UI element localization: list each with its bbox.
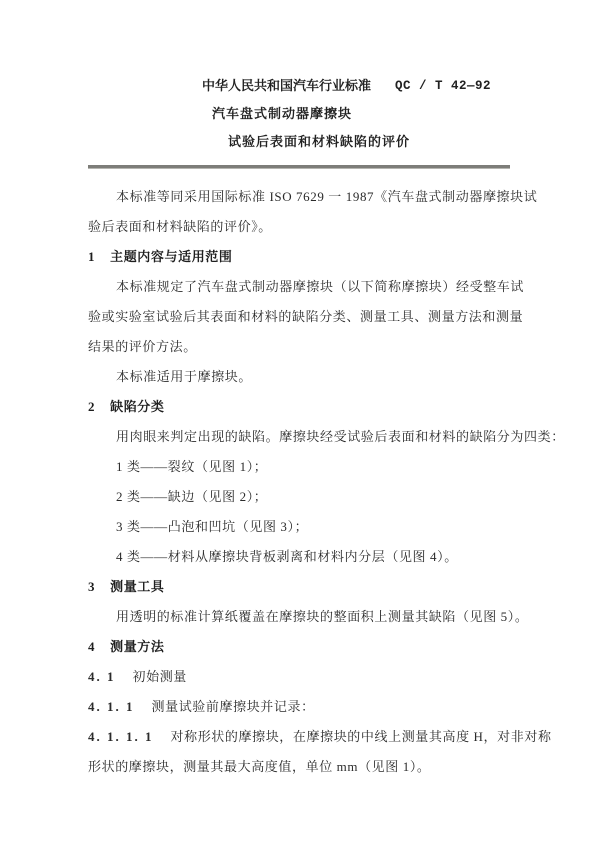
defect-class-item: 2 类——缺边（见图 2）；	[88, 482, 540, 512]
defect-class-item: 1 类——裂纹（见图 1）；	[88, 452, 540, 482]
paragraph-line: 用肉眼来判定出现的缺陷。摩擦块经受试验后表面和材料的缺陷分为四类：	[88, 422, 540, 452]
paragraph-line: 本标准适用于摩擦块。	[88, 362, 540, 392]
section-number: 2	[88, 399, 95, 414]
section-number: 3	[88, 579, 95, 594]
paragraph-line: 本标准规定了汽车盘式制动器摩擦块（以下简称摩擦块）经受整车试	[88, 272, 540, 302]
section-title: 测量方法	[110, 639, 164, 654]
document-header: 中华人民共和国汽车行业标准 QC / T 42—92 汽车盘式制动器摩擦块 试验…	[0, 0, 600, 169]
clause-line-4-1: 4. 1初始测量	[88, 662, 540, 692]
clause-number: 4. 1	[88, 669, 116, 684]
paragraph-line: 形状的摩擦块，测量其最大高度值，单位 mm（见图 1）。	[88, 752, 540, 782]
section-title: 缺陷分类	[110, 399, 164, 414]
standard-org-title: 中华人民共和国汽车行业标准	[202, 72, 371, 100]
standard-code: QC / T 42—92	[395, 72, 491, 100]
clause-line-4-1-1: 4. 1. 1测量试验前摩擦块并记录：	[88, 692, 540, 722]
section-number: 4	[88, 639, 95, 654]
doc-subtitle: 试验后表面和材料缺陷的评价	[0, 128, 600, 156]
section-title: 主题内容与适用范围	[110, 249, 232, 264]
defect-class-item: 3 类——凸泡和凹坑（见图 3）；	[88, 512, 540, 542]
clause-text: 对称形状的摩擦块，在摩擦块的中线上测量其高度 H，对非对称	[171, 729, 552, 744]
section-title: 测量工具	[110, 579, 164, 594]
doc-subject-title: 汽车盘式制动器摩擦块	[0, 100, 600, 128]
section-number: 1	[88, 249, 95, 264]
clause-text: 初始测量	[133, 669, 187, 684]
clause-number: 4. 1. 1	[88, 699, 135, 714]
clause-line-4-1-1-1: 4. 1. 1. 1对称形状的摩擦块，在摩擦块的中线上测量其高度 H，对非对称	[88, 722, 540, 752]
clause-text: 测量试验前摩擦块并记录：	[152, 699, 315, 714]
intro-paragraph-line: 本标准等同采用国际标准 ISO 7629 一 1987《汽车盘式制动器摩擦块试	[88, 182, 540, 212]
paragraph-line: 用透明的标准计算纸覆盖在摩擦块的整面积上测量其缺陷（见图 5）。	[88, 602, 540, 632]
section-heading-4: 4测量方法	[88, 632, 540, 662]
section-heading-2: 2缺陷分类	[88, 392, 540, 422]
defect-class-item: 4 类——材料从摩擦块背板剥离和材料内分层（见图 4）。	[88, 542, 540, 572]
clause-number: 4. 1. 1. 1	[88, 729, 154, 744]
document-page: 中华人民共和国汽车行业标准 QC / T 42—92 汽车盘式制动器摩擦块 试验…	[0, 0, 600, 849]
paragraph-line: 验或实验室试验后其表面和材料的缺陷分类、测量工具、测量方法和测量	[88, 302, 540, 332]
section-heading-1: 1主题内容与适用范围	[88, 242, 540, 272]
section-heading-3: 3测量工具	[88, 572, 540, 602]
document-body: 本标准等同采用国际标准 ISO 7629 一 1987《汽车盘式制动器摩擦块试 …	[0, 182, 600, 782]
paragraph-line: 结果的评价方法。	[88, 332, 540, 362]
intro-paragraph-line: 验后表面和材料缺陷的评价》。	[88, 212, 540, 242]
header-divider	[88, 165, 510, 169]
standard-title-row: 中华人民共和国汽车行业标准 QC / T 42—92	[0, 72, 600, 100]
